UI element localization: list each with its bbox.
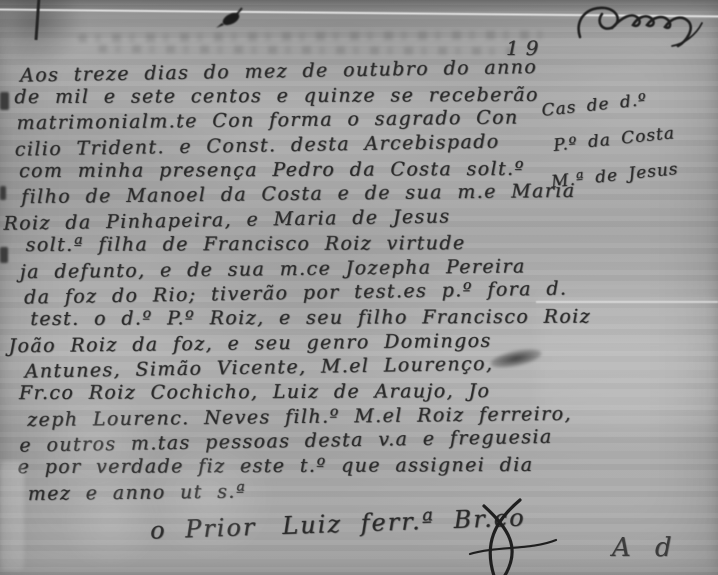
text-line: solt.ª filha de Francisco Roiz virtude [26,231,590,258]
text-line: test. o d.º P.º Roiz, e seu filho Franci… [30,306,590,333]
signature-flourish-icon [462,498,562,575]
paper-watermark [58,468,163,573]
paper-watermark [142,428,277,563]
next-record-fragment: A d [612,533,680,563]
paper-watermark [0,462,24,570]
bleed-through-ghost-text [98,45,513,55]
rubric-flourish-icon [572,1,710,49]
ink-blot [215,6,245,30]
manuscript-scan-page: 19 Cas de d.º P.º da Costa M.ª de Jesus … [0,0,718,575]
